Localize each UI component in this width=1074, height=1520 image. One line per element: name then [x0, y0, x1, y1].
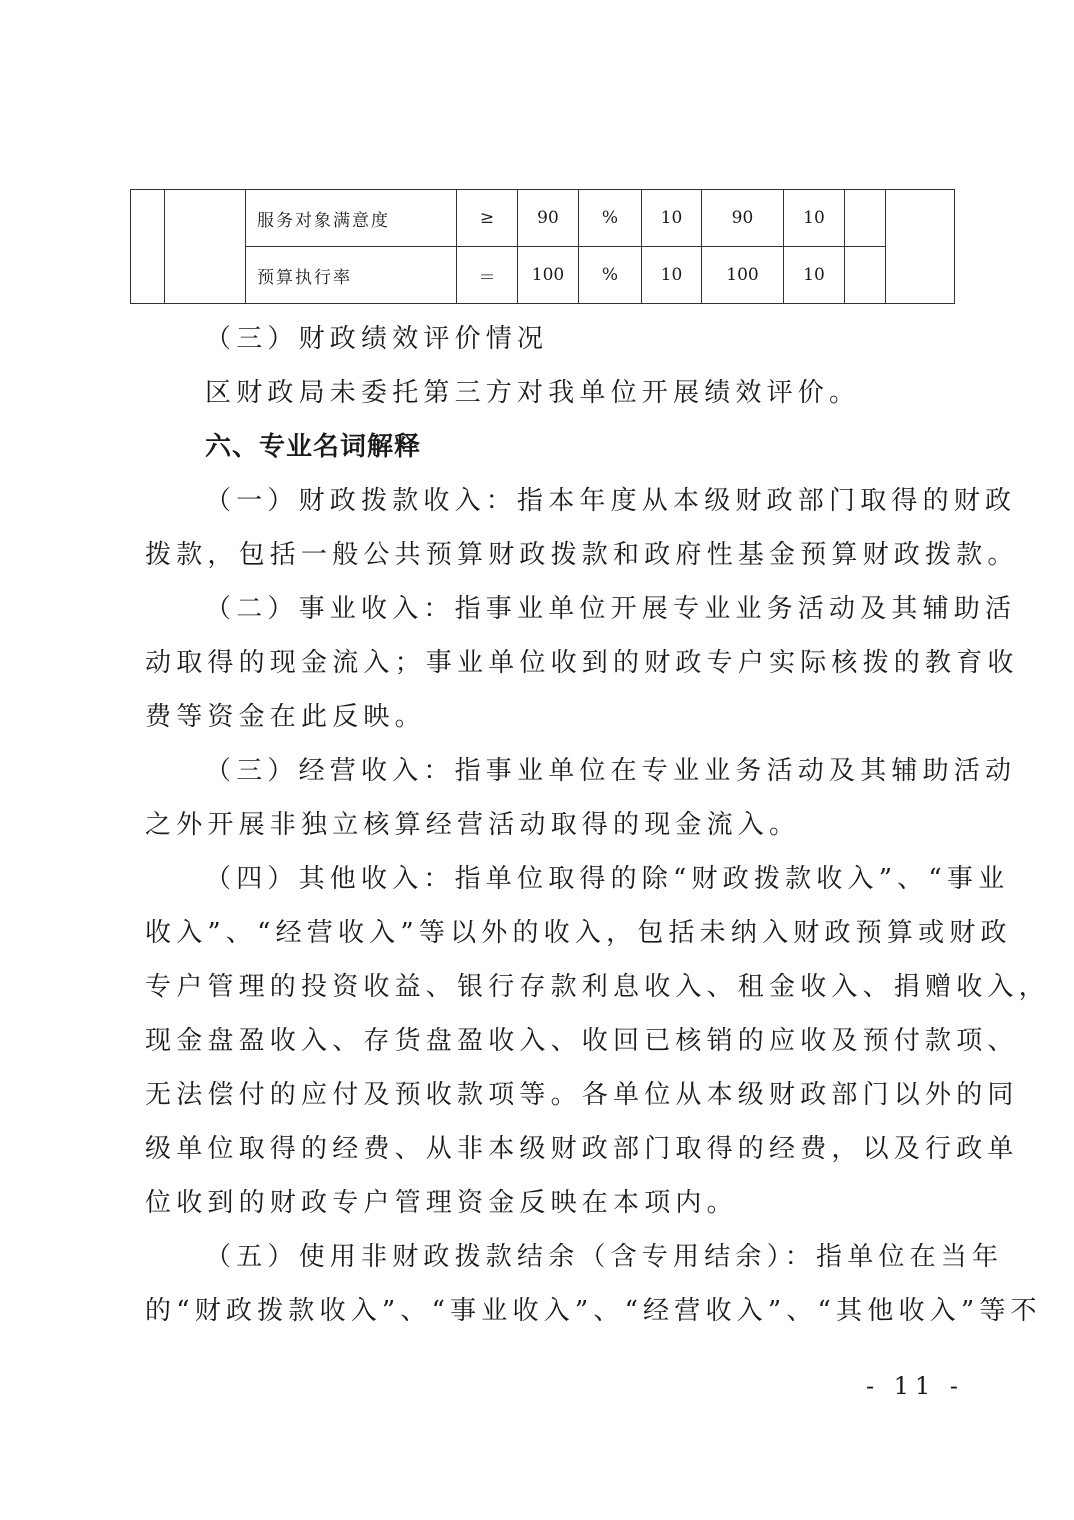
text-line: 动取得的现金流入；事业单位收到的财政专户实际核拨的教育收	[145, 646, 945, 680]
actual-value: 100	[702, 247, 784, 304]
text-line: （一）财政拨款收入：指本年度从本级财政部门取得的财政	[205, 484, 1005, 518]
weight: 10	[642, 247, 702, 304]
indicator-name: 服务对象满意度	[246, 190, 457, 247]
text-line: 费等资金在此反映。	[145, 700, 945, 734]
text-line: 之外开展非独立核算经营活动取得的现金流入。	[145, 808, 945, 842]
subcategory-cell	[165, 190, 246, 304]
text-line: 收入”、“经营收入”等以外的收入，包括未纳入财政预算或财政	[145, 916, 945, 950]
page-number: - 11 -	[866, 1372, 964, 1400]
text-line: 拨款，包括一般公共预算财政拨款和政府性基金预算财政拨款。	[145, 538, 945, 572]
text-line: （五）使用非财政拨款结余（含专用结余）：指单位在当年	[205, 1240, 1005, 1274]
actual-value: 90	[702, 190, 784, 247]
operator: ＝	[457, 247, 518, 304]
operator: ≥	[457, 190, 518, 247]
text-line: 专户管理的投资收益、银行存款利息收入、租金收入、捐赠收入，	[145, 970, 945, 1004]
text-line: 位收到的财政专户管理资金反映在本项内。	[145, 1186, 945, 1220]
section-heading: 六、专业名词解释	[205, 430, 1005, 464]
score: 10	[784, 247, 845, 304]
text-line: 现金盘盈收入、存货盘盈收入、收回已核销的应收及预付款项、	[145, 1024, 945, 1058]
note	[845, 247, 886, 304]
table-row: 预算执行率 ＝ 100 % 10 100 10	[131, 247, 955, 304]
weight: 10	[642, 190, 702, 247]
table-row: 服务对象满意度 ≥ 90 % 10 90 10	[131, 190, 955, 247]
text-line: （四）其他收入：指单位取得的除“财政拨款收入”、“事业	[205, 862, 1005, 896]
target-value: 100	[518, 247, 579, 304]
text-line: （三）财政绩效评价情况	[205, 322, 1005, 356]
text-line: 无法偿付的应付及预收款项等。各单位从本级财政部门以外的同	[145, 1078, 945, 1112]
text-line: （二）事业收入：指事业单位开展专业业务活动及其辅助活	[205, 592, 1005, 626]
performance-indicator-table: 服务对象满意度 ≥ 90 % 10 90 10 预算执行率 ＝ 100 % 10…	[130, 189, 955, 304]
note	[845, 190, 886, 247]
indicator-name: 预算执行率	[246, 247, 457, 304]
text-line: 的“财政拨款收入”、“事业收入”、“经营收入”、“其他收入”等不	[145, 1294, 945, 1328]
text-line: （三）经营收入：指事业单位在专业业务活动及其辅助活动	[205, 754, 1005, 788]
target-value: 90	[518, 190, 579, 247]
text-line: 级单位取得的经费、从非本级财政部门取得的经费，以及行政单	[145, 1132, 945, 1166]
text-line: 区财政局未委托第三方对我单位开展绩效评价。	[205, 376, 1005, 410]
unit: %	[579, 190, 642, 247]
category-cell	[131, 190, 165, 304]
remark-cell	[886, 190, 955, 304]
unit: %	[579, 247, 642, 304]
score: 10	[784, 190, 845, 247]
